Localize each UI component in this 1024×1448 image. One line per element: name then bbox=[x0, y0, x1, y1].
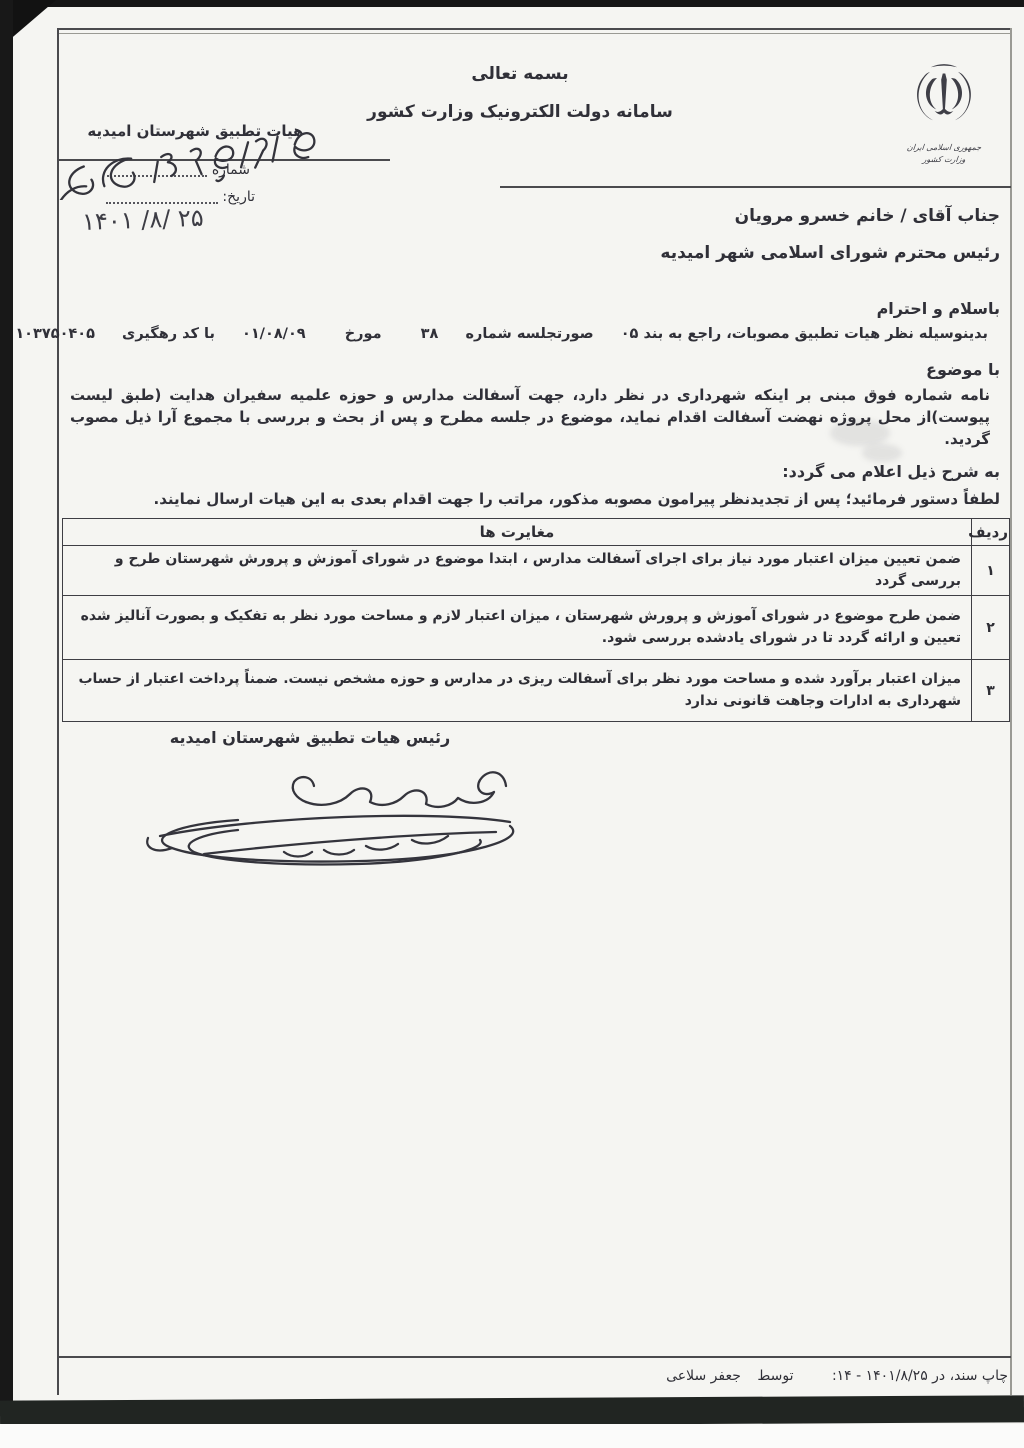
intro-prefix: بدینوسیله نظر هیات تطبیق مصوبات، راجع به… bbox=[643, 326, 988, 342]
iran-emblem-icon bbox=[905, 58, 983, 142]
signature-scribble bbox=[108, 748, 542, 888]
frame-right-border bbox=[1010, 28, 1012, 1395]
announce-line: به شرح ذیل اعلام می گردد: bbox=[690, 462, 1000, 481]
scan-edge-bottom bbox=[0, 1395, 1024, 1427]
scan-edge-left bbox=[0, 0, 13, 1412]
recipient-line-1: جناب آقای / خانم خسرو مرویان bbox=[560, 206, 1000, 226]
col-header-items: مغایرت ها bbox=[63, 519, 972, 546]
print-label: چاپ سند، در bbox=[932, 1368, 1008, 1384]
frame-left-border bbox=[57, 28, 59, 1395]
row-text: ضمن طرح موضوع در شورای آموزش و پرورش شهر… bbox=[63, 596, 972, 660]
scan-smudge bbox=[830, 420, 890, 446]
table-row: ۲ ضمن طرح موضوع در شورای آموزش و پرورش ش… bbox=[63, 596, 1010, 660]
print-info-line: چاپ سند، در :۱۴ - ۱۴۰۱/۸/۲۵ توسط جعفر سل… bbox=[560, 1368, 1008, 1384]
request-line: لطفاً دستور فرمائید؛ پس از تجدیدنظر پیرا… bbox=[70, 490, 1000, 508]
header-separator-right bbox=[500, 186, 1011, 188]
meeting-date: ۰۱/۰۸/۰۹ bbox=[242, 326, 306, 342]
system-title: سامانه دولت الکترونیک وزارت کشور bbox=[290, 102, 750, 122]
row-text: میزان اعتبار برآورد شده و مساحت مورد نظر… bbox=[63, 660, 972, 722]
greeting-line: باسلام و احترام bbox=[700, 299, 1000, 318]
recipient-name: خسرو مرویان bbox=[735, 206, 851, 226]
table-header-row: ردیف مغایرت ها bbox=[63, 519, 1010, 546]
intro-line: بدینوسیله نظر هیات تطبیق مصوبات، راجع به… bbox=[70, 326, 988, 342]
scan-edge-top bbox=[0, 0, 1024, 7]
table-row: ۱ ضمن تعیین میزان اعتبار مورد نیاز برای … bbox=[63, 546, 1010, 596]
handwritten-date: ۱۴۰۱ /۸/ ۲۵ bbox=[82, 202, 253, 236]
discrepancies-table: ردیف مغایرت ها ۱ ضمن تعیین میزان اعتبار … bbox=[62, 518, 1010, 722]
besmellah-title: بسمه تعالی bbox=[300, 64, 740, 84]
emblem-caption-2: وزارت کشور bbox=[895, 154, 992, 166]
recipient-line-2: رئیس محترم شورای اسلامی شهر امیدیه bbox=[560, 243, 1000, 263]
row-text: ضمن تعیین میزان اعتبار مورد نیاز برای اج… bbox=[63, 546, 972, 596]
emblem-caption-1: جمهوری اسلامی ایران bbox=[895, 142, 992, 154]
col-header-row-number: ردیف bbox=[972, 519, 1010, 546]
frame-top-line-2 bbox=[57, 33, 1011, 34]
row-number: ۱ bbox=[972, 546, 1010, 596]
recipient-title: رئیس محترم شورای اسلامی bbox=[761, 243, 1000, 263]
recipient-city: شهر امیدیه bbox=[660, 243, 754, 263]
dated-label: مورخ bbox=[345, 326, 382, 342]
footer-separator bbox=[57, 1356, 1011, 1358]
clause-number: ۰۵ bbox=[621, 326, 639, 342]
print-by-label: توسط bbox=[757, 1368, 793, 1384]
tracking-label: با کد رهگیری bbox=[122, 326, 215, 342]
signatory-title: رئیس هیات تطبیق شهرستان امیدیه bbox=[130, 728, 490, 747]
handwritten-number-scribble bbox=[44, 124, 328, 200]
scan-smudge bbox=[862, 444, 902, 462]
tracking-code: ۴۰۰۴۰۱۰۳۷۵۰۴۰۵ bbox=[0, 326, 95, 342]
scan-edge-bottom-white bbox=[0, 1424, 1024, 1448]
ministry-emblem: جمهوری اسلامی ایران وزارت کشور bbox=[896, 58, 992, 166]
print-time-date: :۱۴ - ۱۴۰۱/۸/۲۵ bbox=[832, 1368, 928, 1384]
with-subject-label: با موضوع bbox=[800, 360, 1000, 379]
minutes-label: صورتجلسه شماره bbox=[465, 326, 593, 342]
printed-by-name: جعفر سلاعی bbox=[666, 1368, 741, 1384]
row-number: ۲ bbox=[972, 596, 1010, 660]
minutes-number: ۳۸ bbox=[421, 326, 439, 342]
frame-top-line bbox=[57, 28, 1011, 30]
salutation-label: جناب آقای / خانم bbox=[856, 206, 1000, 226]
document-page: جمهوری اسلامی ایران وزارت کشور بسمه تعال… bbox=[0, 0, 1024, 1448]
table-row: ۳ میزان اعتبار برآورد شده و مساحت مورد ن… bbox=[63, 660, 1010, 722]
row-number: ۳ bbox=[972, 660, 1010, 722]
